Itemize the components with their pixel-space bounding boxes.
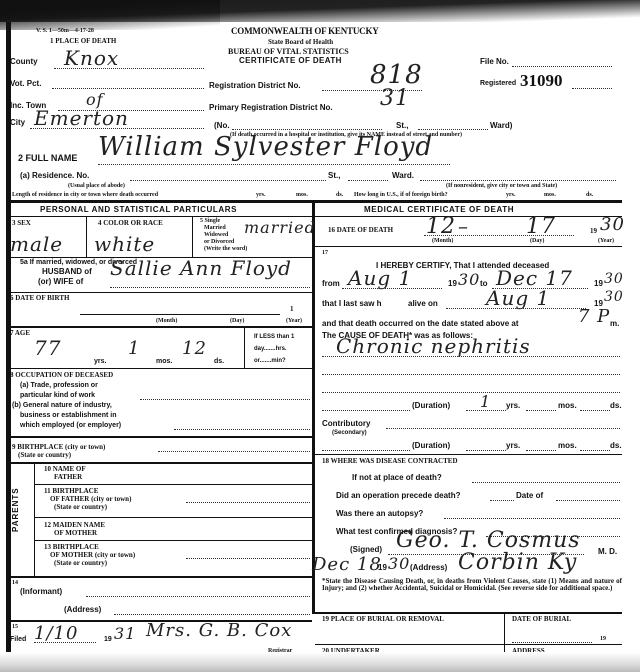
street-no-line: [232, 129, 382, 130]
secondary-label: (Secondary): [332, 430, 367, 436]
not-at-place-line: [472, 482, 620, 483]
father-name-label: 10 NAME OF: [44, 466, 86, 473]
spouse-line: [110, 287, 310, 288]
occupation-b-label-3: which employed (or employer): [20, 422, 121, 429]
signed-label: (Signed): [350, 546, 382, 554]
city-value: Emerton: [34, 108, 129, 128]
duration2-ds-line: [580, 450, 610, 451]
last-saw-year: 30: [604, 290, 624, 304]
full-name-label: 2 FULL NAME: [18, 154, 77, 163]
wife-of-label: (or) WIFE of: [38, 278, 83, 286]
age-days-value: 12: [182, 340, 207, 358]
vot-pct-label: Vot. Pct.: [10, 80, 41, 88]
divider: [35, 484, 312, 485]
usual-place-note: (Usual place of abode): [68, 183, 125, 189]
day-label: (Day): [530, 238, 544, 244]
commonwealth-title: COMMONWEALTH OF KENTUCKY: [231, 27, 379, 36]
residence-label: (a) Residence. No.: [20, 172, 89, 180]
cause-line-1: [322, 356, 620, 357]
occupation-b-label: (b) General nature of industry,: [12, 402, 112, 409]
contributory-label: Contributory: [322, 420, 370, 428]
father-birthplace-line: [186, 502, 310, 503]
divider: [10, 200, 622, 203]
county-line: [54, 68, 204, 69]
to-year-prefix: 19: [594, 280, 603, 288]
file-no-label: File No.: [480, 58, 509, 66]
duration2-yrs-line: [466, 450, 506, 451]
duration-label: (Duration): [412, 402, 450, 410]
registered-label: Registered: [480, 80, 516, 87]
full-name-line: [98, 164, 450, 165]
father-birthplace-label-3: (State or country): [54, 504, 107, 511]
ward-label: Ward): [490, 122, 512, 130]
registered-number: 31090: [520, 72, 563, 89]
husband-of-label: HUSBAND of: [42, 268, 92, 276]
less-than-day-hrs: day.......hrs.: [254, 346, 287, 352]
year-label: (Year): [598, 238, 614, 244]
occupation-a-label-2: particular kind of work: [20, 392, 95, 399]
death-occurred-label: and that death occurred on the date stat…: [322, 320, 518, 328]
physician-signature: Geo. T. Cosmus: [396, 530, 581, 552]
signature-date-value: Dec 18: [312, 556, 382, 574]
divider: [10, 326, 312, 328]
sex-label: 3 SEX: [12, 220, 31, 227]
mother-birthplace-label-2: OF MOTHER (city or town): [50, 552, 135, 559]
operation-line: [490, 500, 514, 501]
marital-label-married: Married: [204, 225, 226, 231]
file-no-line: [512, 66, 612, 67]
age-mos-label: mos.: [156, 358, 172, 365]
filed-line: [34, 642, 96, 643]
attended-to-year: 30: [604, 272, 624, 286]
duration2-label: (Duration): [412, 442, 450, 450]
mother-name-label-2: OF MOTHER: [54, 530, 97, 537]
death-certificate-form: V. S. 1—50m—4-17-28 1 PLACE OF DEATH COM…: [6, 22, 630, 644]
registration-district-label: Registration District No.: [209, 82, 301, 90]
not-at-place-label: If not at place of death?: [352, 474, 442, 482]
marital-value: married: [244, 220, 316, 236]
cause-of-death-value: Chronic nephritis: [336, 336, 531, 356]
date-dash: –: [458, 216, 469, 236]
signature-year-prefix: 19: [378, 564, 387, 572]
length-mos-label: mos.: [296, 192, 308, 198]
physician-address-value: Corbin Ky: [458, 552, 577, 574]
occupation-b-label-2: business or establishment in: [20, 412, 116, 419]
foreign-yrs-label: yrs.: [506, 192, 516, 198]
race-label: 4 COLOR OR RACE: [98, 220, 163, 227]
from-year-prefix: 19: [448, 280, 457, 288]
certificate-title: CERTIFICATE OF DEATH: [239, 57, 342, 65]
physician-address-label: (Address): [410, 564, 447, 572]
date-of-death-line: [424, 235, 574, 236]
burial-date-label: DATE OF BURIAL: [512, 616, 571, 623]
disease-contracted-label: 18 WHERE WAS DISEASE CONTRACTED: [322, 458, 458, 465]
last-saw-value: Aug 1: [486, 288, 550, 308]
length-ds-label: ds.: [336, 192, 343, 198]
registrar-signature: Mrs. G. B. Cox: [146, 622, 292, 640]
divider: [10, 216, 312, 217]
duration-ds-line: [580, 410, 610, 411]
parents-label: PARENTS: [12, 487, 20, 532]
birthplace-label: 9 BIRTHPLACE (city or town): [12, 444, 105, 451]
duration-value: 1: [480, 394, 491, 410]
burial-place-label: 19 PLACE OF BURIAL OR REMOVAL: [322, 616, 444, 623]
duration2-pre-line: [322, 450, 410, 451]
residence-st-label: St.,: [328, 172, 340, 180]
city-label: City: [10, 119, 25, 127]
divider: [35, 517, 312, 518]
informant-address-label: (Address): [64, 606, 101, 614]
occupation-a-line: [140, 399, 310, 400]
filed-label: Filed: [10, 636, 26, 643]
operation-label: Did an operation precede death?: [336, 492, 460, 500]
mother-birthplace-label: 13 BIRTHPLACE: [44, 544, 99, 551]
age-months-value: 1: [128, 340, 140, 358]
primary-district-label: Primary Registration District No.: [209, 104, 333, 112]
county-value: Knox: [64, 48, 119, 68]
foreign-mos-label: mos.: [544, 192, 556, 198]
personal-section-title: PERSONAL AND STATISTICAL PARTICULARS: [40, 206, 237, 214]
less-than-day-label: If LESS than 1: [254, 334, 294, 340]
marital-label-divorced: or Divorced: [204, 239, 234, 245]
street-line: [418, 129, 488, 130]
divider: [34, 464, 35, 576]
street-label: St.,: [396, 122, 408, 130]
attended-to-value: Dec 17: [496, 268, 573, 288]
age-label: 7 AGE: [10, 330, 30, 337]
divider: [10, 462, 312, 464]
cause-line-2: [322, 374, 620, 375]
duration2-mos-label: mos.: [558, 442, 577, 450]
birthplace-state-label: (State or country): [18, 452, 71, 459]
form-code: V. S. 1—50m—4-17-28: [36, 28, 94, 34]
mother-birthplace-label-3: (State or country): [54, 560, 107, 567]
divider: [192, 217, 193, 257]
dob-day-label: (Day): [230, 318, 244, 324]
item-17-number: 17: [322, 250, 328, 256]
medical-section-title: MEDICAL CERTIFICATE OF DEATH: [364, 206, 514, 214]
dob-year-label: (Year): [286, 318, 302, 324]
divider: [10, 292, 312, 293]
dob-label: 6 DATE OF BIRTH: [10, 295, 69, 302]
informant-label: (Informant): [20, 588, 62, 596]
filed-year-value: 31: [114, 626, 136, 642]
spouse-value: Sallie Ann Floyd: [110, 258, 292, 278]
primary-district-value: 31: [380, 88, 410, 110]
full-name-value: William Sylvester Floyd: [98, 134, 433, 160]
death-time-value: 7 P: [578, 308, 610, 326]
scan-bottom-edge: [0, 652, 640, 672]
divider: [10, 576, 312, 578]
foreign-birth-label: How long in U.S., if of foreign birth?: [354, 192, 448, 198]
last-saw-line: [446, 308, 586, 309]
md-label: M. D.: [598, 548, 617, 556]
marital-label-single: 5 Single: [200, 218, 220, 224]
residence-st-line: [348, 180, 388, 181]
divider: [315, 454, 622, 455]
divider: [35, 540, 312, 541]
birthplace-line: [158, 451, 310, 452]
duration-mos-line: [526, 410, 556, 411]
vot-pct-line: [52, 88, 204, 89]
informant-number: 14: [12, 580, 18, 586]
informant-address-line: [114, 614, 310, 615]
death-year-value: 30: [600, 216, 625, 234]
residence-no-line: [130, 180, 326, 181]
autopsy-line: [444, 518, 620, 519]
occupation-label: 8 OCCUPATION OF DECEASED: [10, 372, 113, 379]
divider: [244, 328, 245, 368]
filed-number: 15: [12, 624, 18, 630]
registered-line: [572, 88, 612, 89]
alive-on-label: alive on: [408, 300, 438, 308]
cause-line-3: [322, 392, 620, 393]
attended-from-year: 30: [458, 272, 480, 288]
less-than-day-min: or.......min?: [254, 358, 286, 364]
divider: [315, 246, 622, 247]
age-ds-label: ds.: [214, 358, 224, 365]
autopsy-label: Was there an autopsy?: [336, 510, 423, 518]
duration-mos-label: mos.: [558, 402, 577, 410]
from-label: from: [322, 280, 340, 288]
month-label: (Month): [432, 238, 453, 244]
m-label: m.: [610, 320, 619, 328]
death-year-prefix: 19: [590, 228, 597, 235]
filed-date-value: 1/10: [34, 625, 78, 643]
bureau-name: BUREAU OF VITAL STATISTICS: [228, 48, 349, 56]
last-saw-label: that I last saw h: [322, 300, 382, 308]
signature-year-value: 30: [388, 556, 410, 572]
duration-pre-line: [322, 410, 410, 411]
column-divider: [312, 202, 315, 614]
burial-year-prefix: 19: [600, 636, 606, 642]
age-years-value: 77: [34, 338, 61, 358]
foreign-ds-label: ds.: [586, 192, 593, 198]
registration-district-value: 818: [370, 62, 423, 88]
duration2-yrs-label: yrs.: [506, 442, 520, 450]
duration-ds-label: ds.: [610, 402, 622, 410]
divider: [315, 644, 622, 645]
from-line: [342, 288, 442, 289]
residence-ward-label: Ward.: [392, 172, 414, 180]
divider: [315, 612, 622, 614]
length-yrs-label: yrs.: [256, 192, 266, 198]
dob-year-value: 1: [290, 306, 294, 313]
operation-date-line: [556, 500, 620, 501]
date-of-death-label: 16 DATE OF DEATH: [328, 227, 393, 234]
duration-yrs-label: yrs.: [506, 402, 520, 410]
sex-value: male: [10, 234, 63, 254]
street-no-label: (No.: [214, 122, 230, 130]
father-birthplace-label-2: OF FATHER (city or town): [50, 496, 131, 503]
mother-birthplace-line: [186, 558, 310, 559]
marital-label-write: (Write the word): [204, 246, 247, 252]
residence-ward-line: [420, 180, 616, 181]
father-birthplace-label: 11 BIRTHPLACE: [44, 488, 98, 495]
dob-line: [80, 314, 280, 315]
place-of-death-heading: 1 PLACE OF DEATH: [50, 38, 116, 45]
duration2-mos-line: [526, 450, 556, 451]
mother-name-label: 12 MAIDEN NAME: [44, 522, 105, 529]
divider: [86, 217, 87, 257]
race-value: white: [94, 234, 155, 254]
occupation-b-line: [174, 429, 310, 430]
informant-line: [86, 596, 310, 597]
city-line: [30, 128, 204, 129]
contributory-line: [386, 428, 620, 429]
attended-from-value: Aug 1: [348, 268, 412, 288]
cause-footnote: *State the Disease Causing Death, or, in…: [322, 578, 622, 593]
length-of-residence-label: Length of residence in city or town wher…: [12, 192, 158, 198]
marital-label-widowed: Widowed: [204, 232, 228, 238]
filed-year-prefix: 19: [104, 636, 112, 643]
duration2-ds-label: ds.: [610, 442, 622, 450]
occupation-a-label: (a) Trade, profession or: [20, 382, 98, 389]
county-label: County: [10, 58, 38, 66]
age-yrs-label: yrs.: [94, 358, 106, 365]
duration-yrs-line: [466, 410, 506, 411]
operation-date-label: Date of: [516, 492, 543, 500]
dob-month-label: (Month): [156, 318, 177, 324]
board-name: State Board of Health: [268, 39, 333, 46]
father-name-label-2: FATHER: [54, 474, 82, 481]
burial-date-line: [512, 642, 592, 643]
divider: [10, 436, 312, 438]
divider: [10, 368, 312, 369]
nonresident-note: (If nonresident, give city or town and S…: [446, 183, 557, 189]
scan-top-edge: [0, 0, 640, 22]
form-left-border: [6, 22, 11, 652]
